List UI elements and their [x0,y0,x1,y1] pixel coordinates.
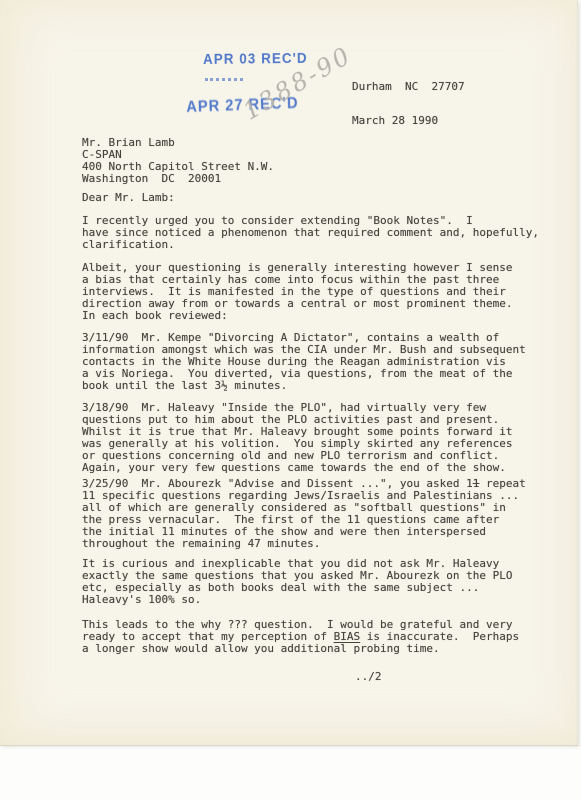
received-date-stamp-1: APR 03 REC'D [203,51,308,68]
letter-page-1: APR 03 REC'D APR 27 REC'D 1388-90 Durham… [0,0,578,745]
stamp-ink-dots [205,72,243,81]
paragraph-curious-inexplicable: It is curious and inexplicable that you … [82,558,564,606]
paragraph-kempe-review: 3/11/90 Mr. Kempe "Divorcing A Dictator"… [82,332,564,392]
recipient-address: Mr. Brian Lamb C-SPAN 400 North Capitol … [82,137,564,185]
letter-date: March 28 1990 [352,115,438,127]
salutation: Dear Mr. Lamb: [82,192,564,204]
page-continuation-marker: ../2 [355,671,382,683]
paragraph-abourezk-review: 3/25/90 Mr. Abourezk "Advise and Dissent… [82,478,564,551]
paragraph-bias-observation: Albeit, your questioning is generally in… [82,262,564,322]
document-scan: APR 03 REC'D APR 27 REC'D 1388-90 Durham… [0,0,581,800]
sender-location: Durham NC 27707 [352,81,465,93]
paragraph-why-question: This leads to the why ??? question. I wo… [82,619,564,655]
underlined-word-bias: BIAS [334,630,361,643]
paragraph-intro: I recently urged you to consider extendi… [82,215,564,251]
paragraph-haleavy-review: 3/18/90 Mr. Haleavy "Inside the PLO", ha… [82,402,564,475]
paragraph-abourezk-text: 3/25/90 Mr. Abourezk "Advise and Dissent… [82,477,473,490]
